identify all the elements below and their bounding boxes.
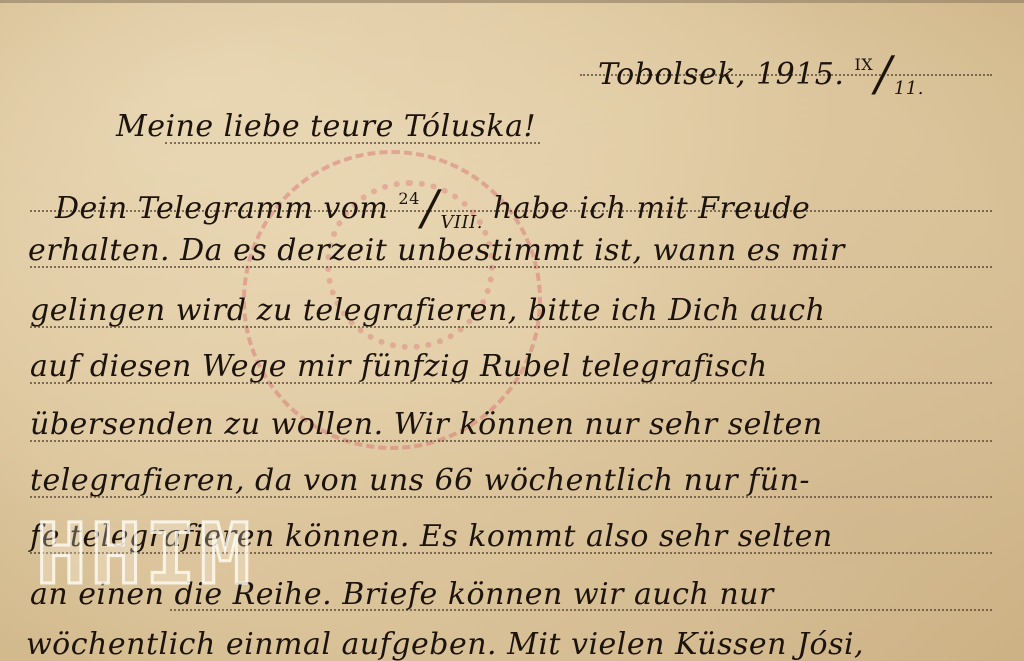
body-line-5: übersenden zu wollen. Wir können nur seh…: [30, 410, 823, 440]
date-day: 11.: [894, 78, 924, 99]
greeting: Meine liebe teure Tóluska!: [116, 112, 536, 142]
body-line-1: Dein Telegramm vom 24/VIII. habe ich mit…: [55, 178, 810, 232]
body-line-9-closing: wöchentlich einmal aufgeben. Mit vielen …: [26, 630, 864, 660]
date-month-roman: IX: [854, 55, 873, 74]
telegram-date-day: 24: [398, 189, 419, 208]
card-top-edge: [0, 0, 1024, 3]
body-line-1-start: Dein Telegramm vom: [55, 191, 398, 226]
body-line-4: auf diesen Wege mir fünfzig Rubel telegr…: [30, 352, 768, 382]
postcard: Tobolsek, 1915. IX/11. Meine liebe teure…: [0, 0, 1024, 661]
place-name: Tobolsek,: [598, 57, 746, 92]
date-slash: /: [875, 50, 892, 98]
body-line-2: erhalten. Da es derzeit unbestimmt ist, …: [28, 236, 845, 266]
body-line-3: gelingen wird zu telegrafieren, bitte ic…: [30, 296, 825, 326]
body-line-6: telegrafieren, da von uns 66 wöchentlich…: [30, 466, 810, 496]
watermark-logo: HHIM: [36, 512, 254, 596]
body-line-1-end: habe ich mit Freude: [483, 191, 810, 226]
telegram-date-slash: /: [422, 184, 439, 232]
year: 1915.: [756, 57, 844, 92]
telegram-date-month: VIII.: [440, 212, 483, 233]
place-date-line: Tobolsek, 1915. IX/11.: [598, 44, 924, 98]
